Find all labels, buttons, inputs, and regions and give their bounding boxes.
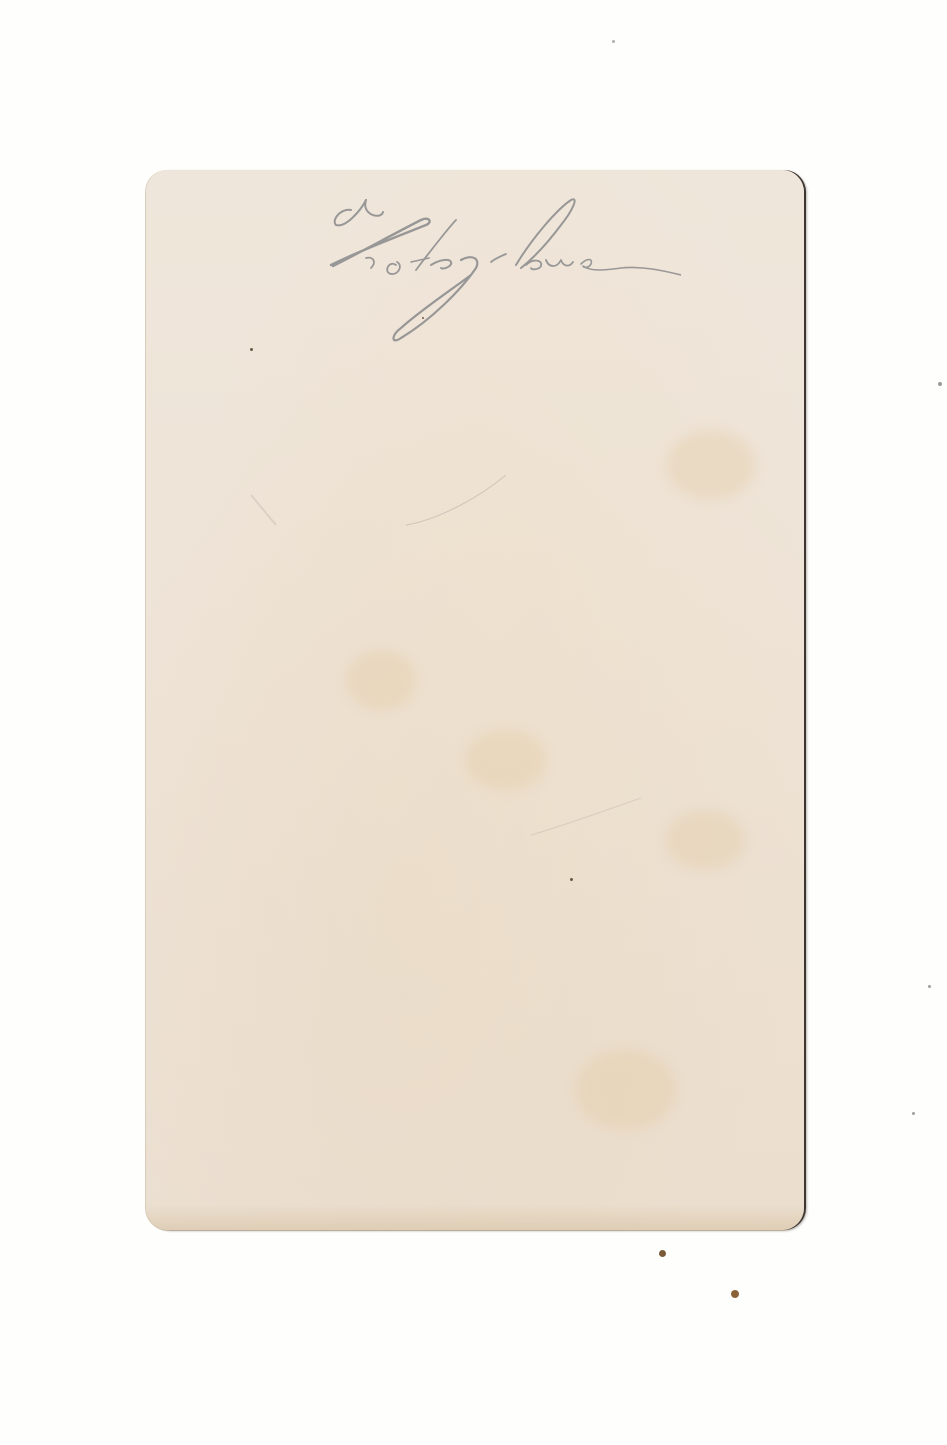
foxing-stain [666, 430, 756, 500]
surface-scratch [396, 470, 516, 530]
dust-speck [938, 382, 942, 386]
speck [250, 348, 253, 351]
dust-speck [731, 1290, 739, 1298]
dust-speck [928, 985, 931, 988]
dust-speck [612, 40, 615, 43]
speck [422, 317, 424, 319]
foxing-stain [466, 730, 546, 790]
dust-speck [912, 1112, 915, 1115]
dust-speck [659, 1250, 666, 1257]
surface-scratch [246, 490, 286, 530]
pencil-inscription [321, 180, 681, 350]
speck [570, 878, 573, 881]
foxing-stain [666, 810, 746, 870]
foxing-stain [346, 650, 416, 710]
foxing-stain [576, 1050, 676, 1130]
inscription-text: Kotzybue [326, 370, 331, 371]
scanned-photo-scene: Kotzybue [0, 0, 947, 1445]
surface-scratch [526, 790, 646, 840]
cabinet-card-back: Kotzybue [146, 170, 804, 1230]
